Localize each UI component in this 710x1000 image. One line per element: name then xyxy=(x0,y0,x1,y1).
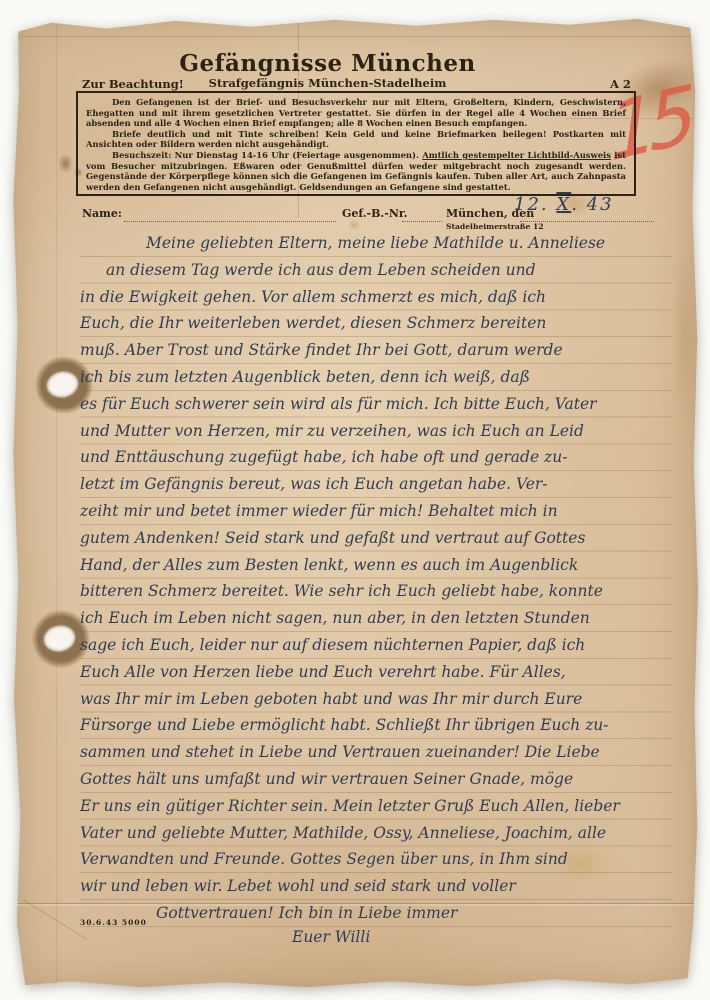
letter-body: Meine geliebten Eltern, meine liebe Math… xyxy=(80,230,672,928)
fold-crease xyxy=(56,18,57,986)
letter-line: ich bis zum letzten Augenblick beten, de… xyxy=(80,364,672,391)
letter-line: an diesem Tag werde ich aus dem Leben sc… xyxy=(80,257,672,284)
name-label: Name: xyxy=(82,207,122,220)
rules-paragraph-3-start: Besuchszeit: Nur Dienstag 14-16 Uhr (Fei… xyxy=(112,150,422,160)
letter-line: letzt im Gefängnis bereut, was ich Euch … xyxy=(80,471,672,498)
letter-line: sammen und stehet in Liebe und Vertrauen… xyxy=(80,739,672,766)
stain xyxy=(674,244,696,434)
letter-line: und Mutter von Herzen, mir zu verzeihen,… xyxy=(80,418,672,445)
letter-line: es für Euch schwerer sein wird als für m… xyxy=(80,391,672,418)
handwritten-date: 12. X. 43 xyxy=(514,194,614,215)
letter-line: ich Euch im Leben nicht sagen, nun aber,… xyxy=(80,605,672,632)
underlined-phrase: Amtlich gestempelter Lichtbild-Ausweis xyxy=(422,150,611,160)
page-title: Gefängnisse München xyxy=(10,50,645,77)
rules-paragraph-3: Besuchszeit: Nur Dienstag 14-16 Uhr (Fei… xyxy=(86,150,626,192)
letter-line: Vater und geliebte Mutter, Mathilde, Oss… xyxy=(80,820,672,847)
prisoner-number-label: Gef.-B.-Nr. xyxy=(342,207,408,220)
fold-crease xyxy=(23,899,86,939)
rules-box: Den Gefangenen ist der Brief- und Besuch… xyxy=(76,91,636,196)
letter-line: Hand, der Alles zum Besten lenkt, wenn e… xyxy=(80,552,672,579)
page-subtitle: Strafgefängnis München-Stadelheim xyxy=(10,76,645,90)
letter-line: Euch Alle von Herzen liebe und Euch vere… xyxy=(80,659,672,686)
letter-line: wir und leben wir. Lebet wohl und seid s… xyxy=(80,873,672,900)
closing-line: Gottvertrauen! Ich bin in Liebe immer xyxy=(80,900,672,927)
prisoner-number-line xyxy=(402,207,442,222)
rules-paragraph-1: Den Gefangenen ist der Brief- und Besuch… xyxy=(86,97,626,129)
photo-backdrop: Zur Beachtung! Gefängnisse München Straf… xyxy=(0,0,710,1000)
letter-line: und Enttäuschung zugefügt habe, ich habe… xyxy=(80,444,672,471)
letter-line: Meine geliebten Eltern, meine liebe Math… xyxy=(80,230,672,257)
stain xyxy=(58,154,73,173)
fold-crease xyxy=(14,36,694,37)
print-code: 30.6.43 5000 xyxy=(80,918,147,927)
letter-line: muß. Aber Trost und Stärke findet Ihr be… xyxy=(80,337,672,364)
letter-line: Er uns ein gütiger Richter sein. Mein le… xyxy=(80,793,672,820)
signature: Euer Willi xyxy=(80,928,672,946)
letter-line: Verwandten und Freunde. Gottes Segen übe… xyxy=(80,846,672,873)
letter-line: Fürsorge und Liebe ermöglicht habt. Schl… xyxy=(80,712,672,739)
letter-line: gutem Andenken! Seid stark und gefaßt un… xyxy=(80,525,672,552)
letter-line: bitteren Schmerz bereitet. Wie sehr ich … xyxy=(80,578,672,605)
letter-line: zeiht mir und betet immer wieder für mic… xyxy=(80,498,672,525)
letter-line: sage ich Euch, leider nur auf diesem nüc… xyxy=(80,632,672,659)
letter-sheet: Zur Beachtung! Gefängnisse München Straf… xyxy=(10,14,700,992)
name-line xyxy=(124,207,336,222)
letter-line: was Ihr mir im Leben geboten habt und wa… xyxy=(80,686,672,713)
letter-line: in die Ewigkeit gehen. Vor allem schmerz… xyxy=(80,284,672,311)
letter-line: Euch, die Ihr weiterleben werdet, diesen… xyxy=(80,310,672,337)
date-month: X xyxy=(556,194,571,215)
date-day: 12. xyxy=(514,194,549,215)
paper-shadow: Zur Beachtung! Gefängnisse München Straf… xyxy=(0,0,710,1000)
date-year: . 43 xyxy=(571,194,613,215)
letter-line: Gottes hält uns umfaßt und wir vertrauen… xyxy=(80,766,672,793)
rules-paragraph-2: Briefe deutlich und mit Tinte schreiben!… xyxy=(86,129,626,150)
